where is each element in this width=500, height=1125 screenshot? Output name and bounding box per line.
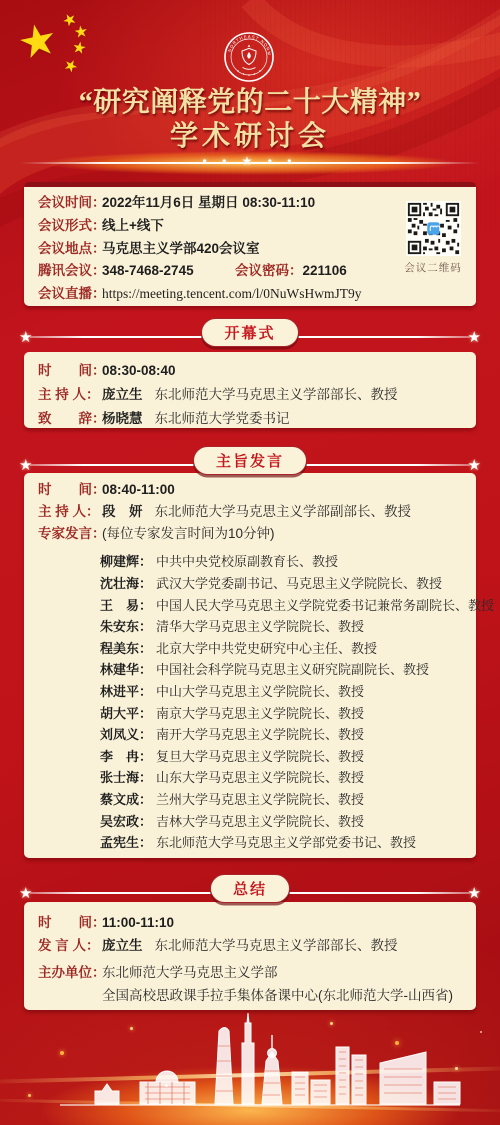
speaker-desc: 清华大学马克思主义学院院长、教授 [156,616,364,638]
organizer-row2: 全国高校思政课手拉手集体备课中心(东北师范大学-山西省) [38,984,476,1007]
speaker-row: 张士海：山东大学马克思主义学院院长、教授 [100,767,476,789]
time-value: 08:40-11:00 [102,479,175,501]
organizer-label: 主办单位： [38,961,102,984]
qr-code [406,201,461,256]
keynote-host-row: 主 持 人： 段 妍 东北师范大学马克思主义学部副部长、教授 [38,501,476,523]
host-desc: 东北师范大学马克思主义学部部长、教授 [155,383,398,407]
speaker-name: 张士海： [100,767,156,789]
speaker-name: 程美东： [100,638,156,660]
speaker-name: 朱安东： [100,616,156,638]
meeting-place-value: 马克思主义学部420会议室 [102,238,260,261]
speaker-desc: 中国社会科学院马克思主义研究院副院长、教授 [156,659,429,681]
university-seal-icon: NORTHEAST NORMAL UNIVERSITY [223,31,275,83]
speaker-row: 朱安东：清华大学马克思主义学院院长、教授 [100,616,476,638]
keynote-section-title: 主旨发言 [193,446,307,475]
speaker-row: 林建华：中国社会科学院马克思主义研究院副院长、教授 [100,659,476,681]
tencent-meeting-logo-icon [427,222,440,235]
speaker-desc: 中山大学马克思主义学院院长、教授 [156,681,364,703]
host-name: 庞立生 [102,383,143,407]
speaker-desc: 山东大学马克思主义学院院长、教授 [156,767,364,789]
speaker-name: 柳建辉： [100,551,156,573]
speaker-row: 刘凤义：南开大学马克思主义学院院长、教授 [100,724,476,746]
speaker-row: 蔡文成：兰州大学马克思主义学院院长、教授 [100,789,476,811]
line-star-icon: ★ [19,456,32,474]
speaker-desc: 复旦大学马克思主义学院院长、教授 [156,746,364,768]
meeting-format-label: 会议形式： [38,215,102,238]
speaker-desc: 南京大学马克思主义学院院长、教授 [156,703,364,725]
speaker-desc: 兰州大学马克思主义学院院长、教授 [156,789,364,811]
summary-section-header: ★ ★ 总结 [0,872,500,904]
speaker-desc: 东北师范大学马克思主义学部党委书记、教授 [156,832,416,854]
speaker-name: 王 易： [100,595,156,617]
speaker-desc: 吉林大学马克思主义学院院长、教授 [156,811,364,833]
host-desc: 东北师范大学马克思主义学部副部长、教授 [155,501,412,523]
speaker-name: 吴宏政： [100,811,156,833]
svg-text:NORTHEAST NORMAL UNIVERSITY: NORTHEAST NORMAL UNIVERSITY [223,31,272,56]
speaker-row: 李 冉：复旦大学马克思主义学院院长、教授 [100,746,476,768]
keynote-section-header: ★ ★ 主旨发言 [0,444,500,476]
conference-poster: ★ ★ ★ ★ ★ NORTHEAST NORMAL UNIVERSITY “研… [0,0,500,1125]
meeting-password-value: 221106 [303,260,347,283]
meeting-time-label: 会议时间： [38,192,102,215]
tencent-meeting-label: 腾讯会议： [38,260,102,283]
organizer-row: 主办单位： 东北师范大学马克思主义学部 [38,961,476,984]
speaker-row: 柳建辉：中共中央党校原副教育长、教授 [100,551,476,573]
opening-section-title: 开幕式 [201,318,298,347]
speaker-name: 刘凤义： [100,724,156,746]
opening-speech-row: 致 辞： 杨晓慧 东北师范大学党委书记 [38,407,476,431]
time-label: 时 间： [38,479,102,501]
host-name: 段 妍 [102,501,143,523]
speaker-name: 胡大平： [100,703,156,725]
speaker-row: 程美东：北京大学中共党史研究中心主任、教授 [100,638,476,660]
meeting-time-value: 2022年11月6日 星期日 08:30-11:10 [102,192,315,215]
speaker-list: 柳建辉：中共中央党校原副教育长、教授 沈壮海：武汉大学党委副书记、马克思主义学院… [100,551,476,853]
live-stream-label: 会议直播： [38,283,102,306]
flag-small-star-icon: ★ [71,40,88,58]
opening-host-row: 主 持 人： 庞立生 东北师范大学马克思主义学部部长、教授 [38,383,476,407]
speaker-desc: 南开大学马克思主义学院院长、教授 [156,724,364,746]
speech-name: 杨晓慧 [102,407,143,431]
live-stream-row: 会议直播： https://meeting.tencent.com/l/0NuW… [38,283,476,306]
title-divider-glow: • • ★ • • [0,149,500,177]
meeting-format-value: 线上+线下 [102,215,164,238]
organizer-line2: 全国高校思政课手拉手集体备课中心(东北师范大学-山西省) [102,984,453,1007]
meeting-place-label: 会议地点： [38,238,102,261]
speaker-row: 沈壮海：武汉大学党委副书记、马克思主义学院院长、教授 [100,573,476,595]
city-skyline-illustration [0,1011,500,1119]
opening-time-row: 时 间： 08:30-08:40 [38,359,476,383]
speaker-desc: 中共中央党校原副教育长、教授 [156,551,338,573]
speaker-desc: 东北师范大学马克思主义学部部长、教授 [155,934,398,957]
speaker-row: 林进平：中山大学马克思主义学院院长、教授 [100,681,476,703]
time-value: 11:00-11:10 [102,911,174,934]
qr-code-block: 会议二维码 [402,201,464,275]
speaker-desc: 北京大学中共党史研究中心主任、教授 [156,638,377,660]
poster-title-line2: 学术研讨会 [0,114,500,154]
opening-panel: 时 间： 08:30-08:40 主 持 人： 庞立生 东北师范大学马克思主义学… [24,352,476,428]
expert-label: 专家发言： [38,523,102,545]
line-star-icon: ★ [19,884,32,902]
time-label: 时 间： [38,911,102,934]
speaker-name: 林进平： [100,681,156,703]
speaker-name: 蔡文成： [100,789,156,811]
time-value: 08:30-08:40 [102,359,176,383]
speaker-row: 胡大平：南京大学马克思主义学院院长、教授 [100,703,476,725]
keynote-time-row: 时 间： 08:40-11:00 [38,479,476,501]
speaker-name: 林建华： [100,659,156,681]
opening-section-header: ★ ★ 开幕式 [0,316,500,348]
time-label: 时 间： [38,359,102,383]
summary-speaker-row: 发 言 人： 庞立生 东北师范大学马克思主义学部部长、教授 [38,934,476,957]
host-label: 主 持 人： [38,501,102,523]
speaker-name: 庞立生 [102,934,143,957]
keynote-panel: 时 间： 08:40-11:00 主 持 人： 段 妍 东北师范大学马克思主义学… [24,473,476,858]
speaker-desc: 中国人民大学马克思主义学院党委书记兼常务副院长、教授 [156,595,494,617]
line-star-icon: ★ [468,884,481,902]
speaker-row: 孟宪生：东北师范大学马克思主义学部党委书记、教授 [100,832,476,854]
organizer-line1: 东北师范大学马克思主义学部 [102,961,278,984]
speaker-row: 吴宏政：吉林大学马克思主义学院院长、教授 [100,811,476,833]
speech-desc: 东北师范大学党委书记 [155,407,290,431]
line-star-icon: ★ [19,328,32,346]
flag-small-star-icon: ★ [60,57,80,78]
meeting-password-label: 会议密码： [235,260,303,283]
host-label: 主 持 人： [38,383,102,407]
divider-star-dots: • • ★ • • [0,154,500,168]
speaker-name: 李 冉： [100,746,156,768]
line-star-icon: ★ [468,328,481,346]
meeting-info-panel: 会议时间： 2022年11月6日 星期日 08:30-11:10 会议形式： 线… [24,182,476,306]
speaker-label: 发 言 人： [38,934,102,957]
expert-note: (每位专家发言时间为10分钟) [102,523,275,545]
qr-code-caption: 会议二维码 [402,260,464,275]
speaker-name: 孟宪生： [100,832,156,854]
summary-time-row: 时 间： 11:00-11:10 [38,911,476,934]
speaker-row: 王 易：中国人民大学马克思主义学院党委书记兼常务副院长、教授 [100,595,476,617]
flag-big-star-icon: ★ [14,16,62,67]
tencent-meeting-id: 348-7468-2745 [102,260,235,283]
summary-section-title: 总结 [210,874,290,903]
summary-panel: 时 间： 11:00-11:10 发 言 人： 庞立生 东北师范大学马克思主义学… [24,902,476,1010]
live-stream-url: https://meeting.tencent.com/l/0NuWsHwmJT… [102,283,361,306]
line-star-icon: ★ [468,456,481,474]
speech-label: 致 辞： [38,407,102,431]
speaker-desc: 武汉大学党委副书记、马克思主义学院院长、教授 [156,573,442,595]
expert-speech-row: 专家发言： (每位专家发言时间为10分钟) [38,523,476,545]
speaker-name: 沈壮海： [100,573,156,595]
